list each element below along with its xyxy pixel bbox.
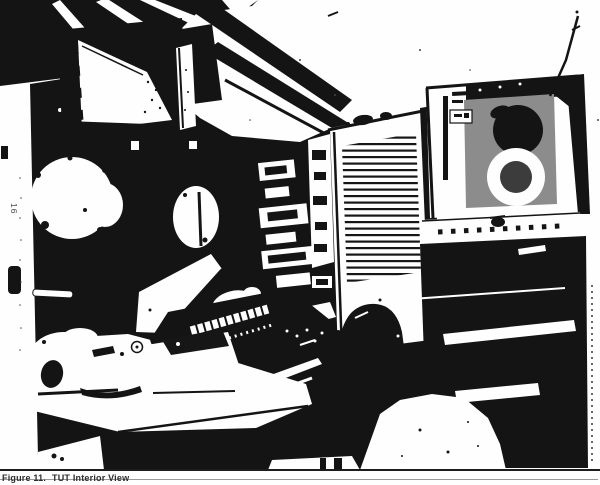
- pen-on-ledge: [33, 289, 73, 298]
- figure-photo: [0, 0, 600, 470]
- figure-label: Figure 11.: [2, 473, 46, 483]
- page-number: 16: [0, 203, 19, 215]
- overhead-cabinet-door: [58, 18, 196, 137]
- figure-title: TUT Interior View: [52, 473, 129, 483]
- tape-reel-top: [493, 105, 543, 155]
- figure-caption-bar: Figure 11.TUT Interior View: [0, 469, 600, 485]
- door-handle: [8, 266, 21, 294]
- scanned-manual-page: 16 Figure 11.TUT Interior View: [0, 0, 600, 485]
- figure-caption: Figure 11.TUT Interior View: [2, 473, 129, 483]
